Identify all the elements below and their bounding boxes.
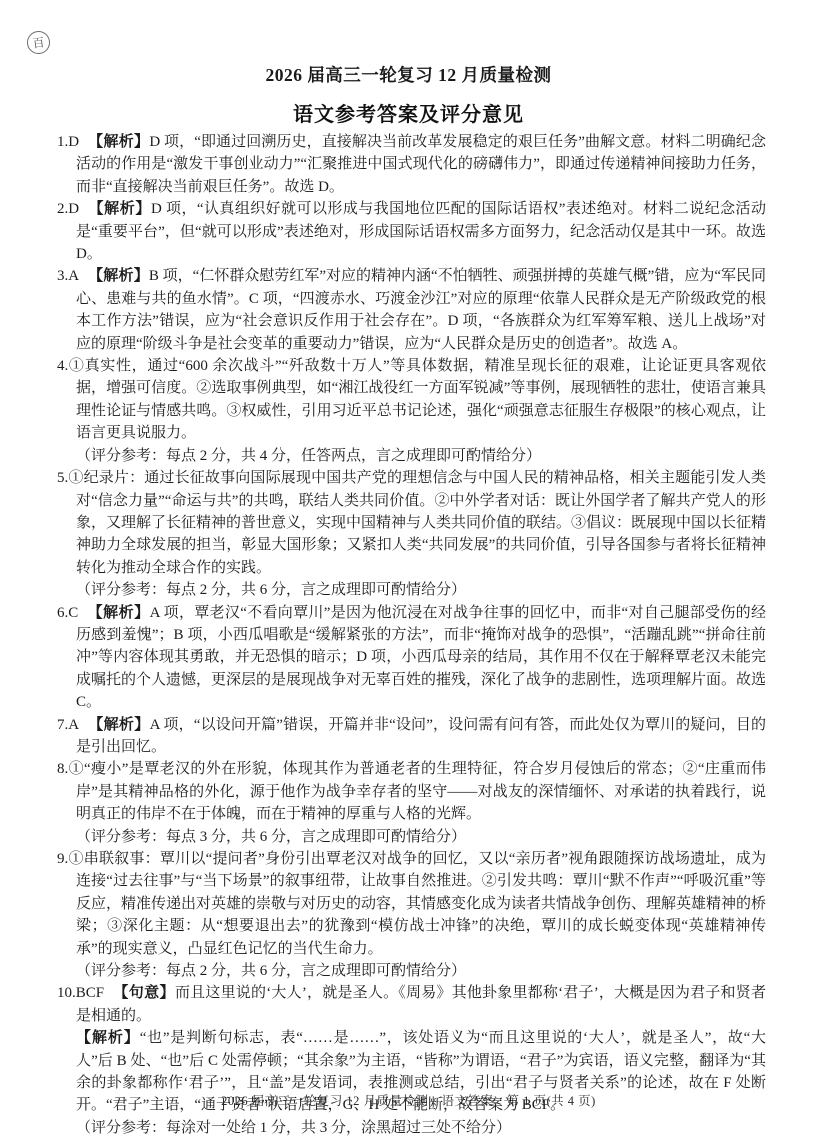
answer-number: 10.BCF — [57, 985, 113, 1001]
answer-text: A 项，覃老汉“不看向覃川”是因为他沉浸在对战争往事的回忆中，而非“对自己腿部受… — [76, 605, 766, 711]
answer-text: D 项，“认真组织好就可以形成与我国地位匹配的国际话语权”表述绝对。材料二说纪念… — [76, 201, 766, 262]
answer-item-2: 2.D【解析】D 项，“认真组织好就可以形成与我国地位匹配的国际话语权”表述绝对… — [57, 198, 766, 265]
scoring-text: （评分参考：每点 3 分，共 6 分，言之成理即可酌情给分） — [76, 829, 466, 845]
document-page: 百 2026 届高三一轮复习 12 月质量检测 语文参考答案及评分意见 1.D【… — [0, 0, 817, 1146]
answer-text: A 项，“以设问开篇”错误，开篇并非“设问”，设问需有问有答，而此处仅为覃川的疑… — [76, 717, 766, 755]
scoring-text: （评分参考：每点 2 分，共 6 分，言之成理即可酌情给分） — [76, 582, 466, 598]
answers-list: 1.D【解析】D 项，“即通过回溯历史，直接解决当前改革发展稳定的艰巨任务”曲解… — [57, 131, 766, 1139]
footer-text: 2026 届高三一轮复习 12 月质量检测 语文答案 第 1 页(共 4 页) — [221, 1094, 596, 1108]
answer-item-8: 8.①“瘦小”是覃老汉的外在形貌，体现其作为普通老者的生理特征，符合岁月侵蚀后的… — [57, 758, 766, 848]
scoring-note: （评分参考：每点 2 分，共 4 分，任答两点，言之成理即可酌情给分） — [57, 445, 766, 467]
scoring-text: （评分参考：每点 2 分，共 6 分，言之成理即可酌情给分） — [76, 963, 466, 979]
answer-item-6: 6.C【解析】A 项，覃老汉“不看向覃川”是因为他沉浸在对战争往事的回忆中，而非… — [57, 602, 766, 714]
answer-number: 9. — [57, 851, 68, 867]
document-subtitle: 语文参考答案及评分意见 — [0, 98, 817, 127]
analysis-label: 【解析】 — [88, 133, 149, 150]
answer-paragraph: 3.A【解析】B 项，“仁怀群众慰劳红军”对应的精神内涵“不怕牺牲、顽强拼搏的英… — [57, 265, 766, 355]
answer-paragraph: 1.D【解析】D 项，“即通过回溯历史，直接解决当前改革发展稳定的艰巨任务”曲解… — [57, 131, 766, 198]
answer-item-3: 3.A【解析】B 项，“仁怀群众慰劳红军”对应的精神内涵“不怕牺牲、顽强拼搏的英… — [57, 265, 766, 355]
answer-paragraph: 5.①纪录片：通过长征故事向国际展现中国共产党的理想信念与中国人民的精神品格，相… — [57, 467, 766, 579]
scoring-note: （评分参考：每点 3 分，共 6 分，言之成理即可酌情给分） — [57, 826, 766, 848]
sentence-meaning-label: 【句意】 — [113, 984, 175, 1001]
answer-number: 4. — [57, 358, 68, 374]
answer-number: 2.D — [57, 201, 88, 217]
scoring-text: （评分参考：每涂对一处给 1 分，共 3 分，涂黑超过三处不给分） — [76, 1120, 511, 1136]
answer-item-1: 1.D【解析】D 项，“即通过回溯历史，直接解决当前改革发展稳定的艰巨任务”曲解… — [57, 131, 766, 198]
scoring-note: （评分参考：每点 2 分，共 6 分，言之成理即可酌情给分） — [57, 960, 766, 982]
answer-number: 1.D — [57, 134, 88, 150]
answer-item-4: 4.①真实性，通过“600 余次战斗”“歼敌数十万人”等具体数据，精准呈现长征的… — [57, 355, 766, 467]
answer-text: 而且这里说的‘大人’，就是圣人。《周易》其他卦象里都称‘君子’，大概是因为君子和… — [76, 985, 766, 1023]
answer-text: ①真实性，通过“600 余次战斗”“歼敌数十万人”等具体数据，精准呈现长征的艰难… — [68, 358, 766, 441]
answer-text: ①“瘦小”是覃老汉的外在形貌，体现其作为普通老者的生理特征，符合岁月侵蚀后的常态… — [68, 761, 766, 822]
answer-item-5: 5.①纪录片：通过长征故事向国际展现中国共产党的理想信念与中国人民的精神品格，相… — [57, 467, 766, 601]
answer-number: 7.A — [57, 717, 88, 733]
answer-paragraph: 2.D【解析】D 项，“认真组织好就可以形成与我国地位匹配的国际话语权”表述绝对… — [57, 198, 766, 265]
analysis-label: 【解析】 — [88, 716, 150, 733]
answer-paragraph: 7.A【解析】A 项，“以设问开篇”错误，开篇并非“设问”，设问需有问有答，而此… — [57, 714, 766, 759]
scoring-note: （评分参考：每点 2 分，共 6 分，言之成理即可酌情给分） — [57, 579, 766, 601]
page-footer: 2026 届高三一轮复习 12 月质量检测 语文答案 第 1 页(共 4 页) — [0, 1091, 817, 1109]
scoring-note: （评分参考：每涂对一处给 1 分，共 3 分，涂黑超过三处不给分） — [57, 1117, 766, 1139]
analysis-label: 【解析】 — [88, 267, 149, 284]
answer-text: ①纪录片：通过长征故事向国际展现中国共产党的理想信念与中国人民的精神品格，相关主… — [68, 470, 766, 576]
answer-text: D 项，“即通过回溯历史，直接解决当前改革发展稳定的艰巨任务”曲解文意。材料二明… — [76, 134, 766, 195]
answer-item-10: 10.BCF【句意】而且这里说的‘大人’，就是圣人。《周易》其他卦象里都称‘君子… — [57, 982, 766, 1139]
answer-number: 6.C — [57, 605, 87, 621]
answer-paragraph: 9.①串联叙事：覃川以“提问者”身份引出覃老汉对战争的回忆，又以“亲历者”视角跟… — [57, 848, 766, 960]
answer-number: 3.A — [57, 268, 88, 284]
answer-item-7: 7.A【解析】A 项，“以设问开篇”错误，开篇并非“设问”，设问需有问有答，而此… — [57, 714, 766, 759]
answer-paragraph: 6.C【解析】A 项，覃老汉“不看向覃川”是因为他沉浸在对战争往事的回忆中，而非… — [57, 602, 766, 714]
answer-number: 8. — [57, 761, 68, 777]
analysis-label: 【解析】 — [88, 200, 151, 217]
answer-paragraph: 8.①“瘦小”是覃老汉的外在形貌，体现其作为普通老者的生理特征，符合岁月侵蚀后的… — [57, 758, 766, 825]
analysis-label: 【解析】 — [76, 1029, 140, 1046]
answer-number: 5. — [57, 470, 68, 486]
analysis-label: 【解析】 — [87, 604, 149, 621]
document-title: 2026 届高三一轮复习 12 月质量检测 — [0, 0, 817, 87]
answer-text: ①串联叙事：覃川以“提问者”身份引出覃老汉对战争的回忆，又以“亲历者”视角跟随探… — [68, 851, 766, 957]
scoring-text: （评分参考：每点 2 分，共 4 分，任答两点，言之成理即可酌情给分） — [76, 448, 541, 464]
answer-item-9: 9.①串联叙事：覃川以“提问者”身份引出覃老汉对战争的回忆，又以“亲历者”视角跟… — [57, 848, 766, 982]
answer-text: B 项，“仁怀群众慰劳红军”对应的精神内涵“不怕牺牲、顽强拼搏的英雄气概”错，应… — [76, 268, 766, 351]
answer-paragraph: 4.①真实性，通过“600 余次战斗”“歼敌数十万人”等具体数据，精准呈现长征的… — [57, 355, 766, 445]
answer-paragraph: 10.BCF【句意】而且这里说的‘大人’，就是圣人。《周易》其他卦象里都称‘君子… — [57, 982, 766, 1027]
